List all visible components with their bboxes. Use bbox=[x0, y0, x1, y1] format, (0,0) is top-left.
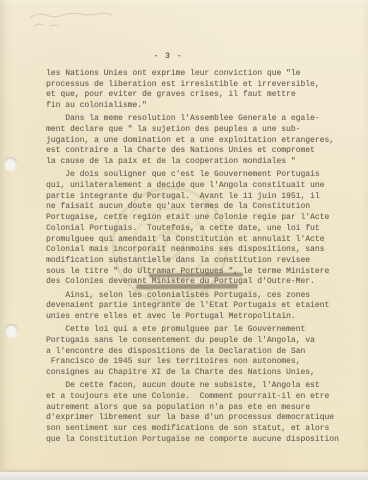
paragraph: Cette loi qui a ete promulguee par le Go… bbox=[46, 325, 346, 379]
text-line: Colonial mais incorporait neanmoins ses … bbox=[46, 245, 346, 256]
text-line: et que, pour eviter de graves crises, il… bbox=[46, 90, 346, 101]
text-line: devenaient partie integrante de l'Etat P… bbox=[46, 301, 346, 312]
text-line: des Colonies devenant Ministere du Portu… bbox=[46, 277, 346, 288]
punch-hole-bottom bbox=[5, 324, 18, 337]
text-line: Dans la meme resolution l'Assemblee Gene… bbox=[46, 114, 346, 125]
text-line: Colonial Portugais. Toutefois, a cette d… bbox=[46, 224, 346, 235]
text-line: que la Constitution Portugaise ne compor… bbox=[46, 435, 346, 446]
text-line: qui, unilateralement a decide que l'Ango… bbox=[46, 181, 346, 192]
text-line: unies entre elles et avec le Portugal Me… bbox=[46, 312, 346, 323]
text-line: Portugaise, cette region etait une Colon… bbox=[46, 213, 346, 224]
text-line: Portugais sans le consentement du peuple… bbox=[46, 336, 346, 347]
text-line: ne faisait aucun doute qu'aux termes de … bbox=[46, 202, 346, 213]
text-line: modification substantielle dans la const… bbox=[46, 256, 346, 267]
text-line: est contraire a la Charte des Nations Un… bbox=[46, 146, 346, 157]
document-body: les Nations Unies ont exprime leur convi… bbox=[46, 69, 346, 445]
pencil-scribble bbox=[24, 6, 134, 36]
paragraph: Dans la meme resolution l'Assemblee Gene… bbox=[46, 114, 346, 168]
page-bottom-edge bbox=[0, 472, 368, 480]
punch-hole-top bbox=[4, 157, 17, 170]
paragraph: Ainsi, selon les colonialistes Portugais… bbox=[46, 291, 346, 323]
text-line: Ainsi, selon les colonialistes Portugais… bbox=[46, 291, 346, 302]
text-line: fin au colonialisme." bbox=[46, 101, 346, 112]
page-number: - 3 - bbox=[0, 52, 336, 61]
text-line: De cette facon, aucun doute ne subsiste,… bbox=[46, 381, 346, 392]
text-line: promulguee qui amendait la Constitution … bbox=[46, 235, 346, 246]
text-line: processus de liberation est irresistible… bbox=[46, 80, 346, 91]
paper-sheet: - 3 - les Nations Unies ont exprime leur… bbox=[0, 0, 368, 472]
text-line: et a toujours ete une Colonie. Comment p… bbox=[46, 392, 346, 403]
text-line: partie integrante du Portugal. Avant le … bbox=[46, 192, 346, 203]
text-line: d'exprimer librement sur la base d'un pr… bbox=[46, 413, 346, 424]
text-line: Cette loi qui a ete promulguee par le Go… bbox=[46, 325, 346, 336]
text-line: Je dois souligner que c'est le Gouvernem… bbox=[46, 170, 346, 181]
scanned-document-view: - 3 - les Nations Unies ont exprime leur… bbox=[0, 0, 368, 480]
text-line: Francisco de 1945 sur les territoires no… bbox=[46, 357, 346, 368]
text-line: consignes au Chapitre XI de la Charte de… bbox=[46, 368, 346, 379]
text-line: a l'encontre des dispositions de la Decl… bbox=[46, 347, 346, 358]
text-line: jugation, a une domination et a une expl… bbox=[46, 136, 346, 147]
text-line: sous le titre " do Ultramar Portugues ",… bbox=[46, 267, 346, 278]
text-line: autrement alors que sa population n'a pa… bbox=[46, 403, 346, 414]
paragraph: les Nations Unies ont exprime leur convi… bbox=[46, 69, 346, 112]
text-line: les Nations Unies ont exprime leur convi… bbox=[46, 69, 346, 80]
text-line: la cause de la paix et de la cooperation… bbox=[46, 157, 346, 168]
paragraph: Je dois souligner que c'est le Gouvernem… bbox=[46, 170, 346, 288]
text-line: ment declare que " la sujetion des peupl… bbox=[46, 125, 346, 136]
text-line: son sentiment sur ces modifications de s… bbox=[46, 424, 346, 435]
paragraph: De cette facon, aucun doute ne subsiste,… bbox=[46, 381, 346, 445]
